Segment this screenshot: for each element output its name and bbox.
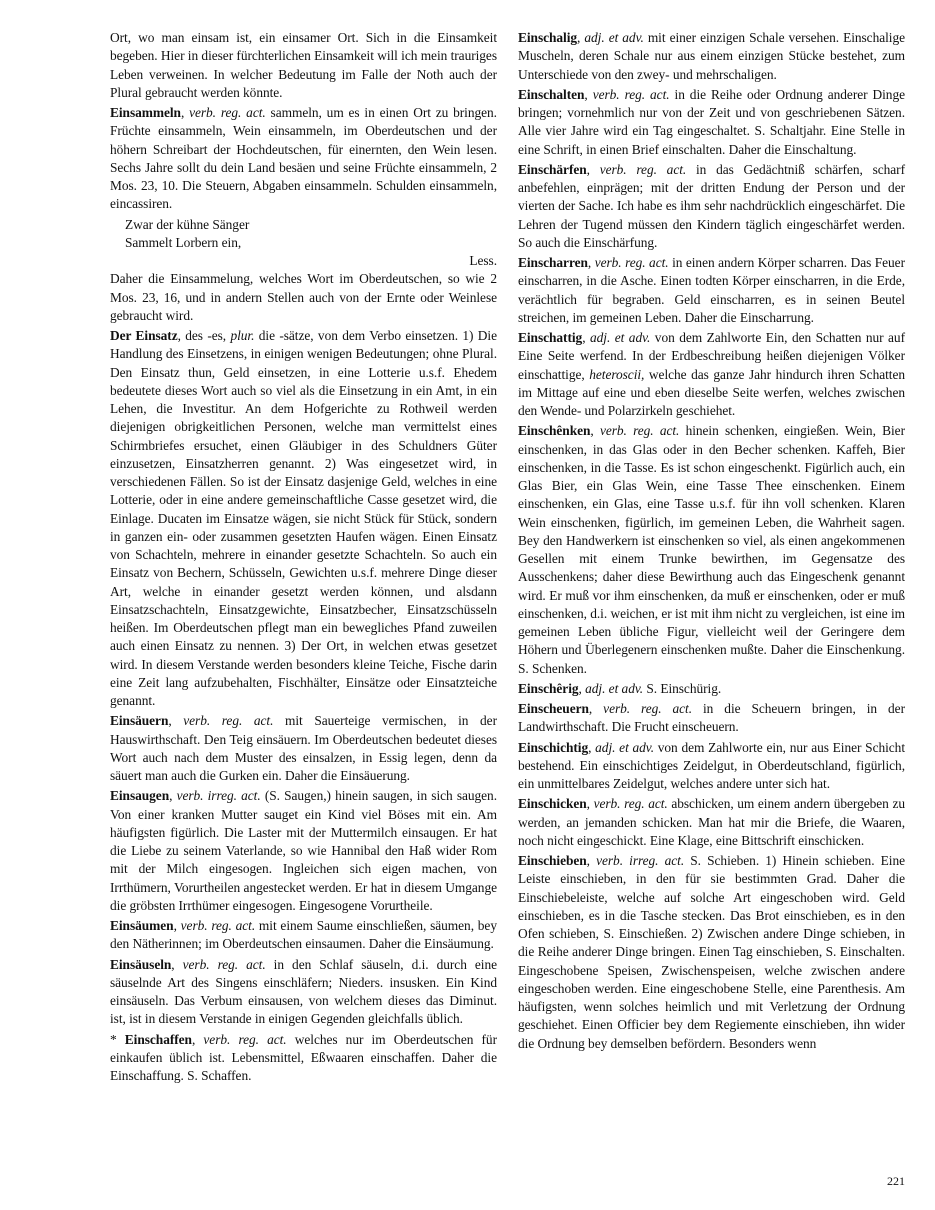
entry-einsammeln: Einsammeln, verb. reg. act. sammeln, um …: [110, 104, 497, 214]
right-column: Einschalig, adj. et adv. mit einer einzi…: [518, 29, 905, 1055]
headword: Einschicken: [518, 796, 587, 811]
grammar-label: verb. irreg. act.: [177, 788, 261, 803]
definition: mit Sauerteige vermischen, in der Hauswi…: [110, 713, 497, 783]
definition: (S. Saugen,) hinein saugen, in sich saug…: [110, 788, 497, 913]
dictionary-page: Ort, wo man einsam ist, ein einsamer Ort…: [0, 0, 935, 1210]
entry-einschenken: Einschênken, verb. reg. act. hinein sche…: [518, 422, 905, 678]
grammar-label: verb. reg. act.: [594, 796, 668, 811]
headword: Einschênken: [518, 423, 590, 438]
grammar-label: verb. reg. act.: [181, 918, 255, 933]
grammar-label: verb. reg. act.: [203, 1032, 286, 1047]
definition: S. Einschürig.: [643, 681, 721, 696]
entry-einschaffen: * Einschaffen, verb. reg. act. welches n…: [110, 1031, 497, 1086]
definition: S. Schieben. 1) Hinein schieben. Eine Le…: [518, 853, 905, 1051]
definition: hinein schenken, eingießen. Wein, Bier e…: [518, 423, 905, 675]
definition: sammeln, um es in einen Ort zu bringen. …: [110, 105, 497, 211]
grammar-label: verb. reg. act.: [183, 713, 273, 728]
headword: Einsäuseln: [110, 957, 171, 972]
grammar-label: verb. reg. act.: [603, 701, 692, 716]
entry-einschalten: Einschalten, verb. reg. act. in die Reih…: [518, 86, 905, 159]
headword: Einschattig: [518, 330, 582, 345]
headword: Einschalten: [518, 87, 584, 102]
entry-einsatz: Der Einsatz, des -es, plur. die -sätze, …: [110, 327, 497, 710]
latin-term: heteroscii,: [589, 367, 644, 382]
verse-line: Zwar der kühne Sänger: [110, 216, 497, 234]
grammar-label: adj. et adv.: [585, 681, 643, 696]
headword: Einschieben: [518, 853, 587, 868]
grammar-label: verb. irreg. act.: [596, 853, 684, 868]
entry-einschaerfen: Einschärfen, verb. reg. act. in das Gedä…: [518, 161, 905, 252]
entry-einsaeuseln: Einsäuseln, verb. reg. act. in den Schla…: [110, 956, 497, 1029]
headword: Einscheuern: [518, 701, 589, 716]
headword: Einsaugen: [110, 788, 169, 803]
entry-einschicken: Einschicken, verb. reg. act. abschicken,…: [518, 795, 905, 850]
entry-einsaeumen: Einsäumen, verb. reg. act. mit einem Sau…: [110, 917, 497, 954]
headword: Einschärfen: [518, 162, 587, 177]
entry-einscherig: Einschêrig, adj. et adv. S. Einschürig.: [518, 680, 905, 698]
entry-einscheuern: Einscheuern, verb. reg. act. in die Sche…: [518, 700, 905, 737]
headword: Einschalig: [518, 30, 577, 45]
verse-line: Sammelt Lorbern ein,: [110, 234, 497, 252]
grammar-label: adj. et adv.: [584, 30, 643, 45]
headword: Der Einsatz: [110, 328, 178, 343]
grammar-label: verb. reg. act.: [189, 105, 266, 120]
asterisk-mark: *: [110, 1032, 125, 1047]
entry-einscharren: Einscharren, verb. reg. act. in einen an…: [518, 254, 905, 327]
entry-einschichtig: Einschichtig, adj. et adv. von dem Zahlw…: [518, 739, 905, 794]
grammar-label: verb. reg. act.: [595, 255, 669, 270]
grammar-label: verb. reg. act.: [593, 87, 670, 102]
inflection: , des -es,: [178, 328, 231, 343]
entry-einsaugen: Einsaugen, verb. irreg. act. (S. Saugen,…: [110, 787, 497, 915]
grammar-label: adj. et adv.: [590, 330, 650, 345]
headword: Einsäuern: [110, 713, 168, 728]
grammar-label: adj. et adv.: [595, 740, 654, 755]
grammar-label: plur.: [230, 328, 254, 343]
left-column: Ort, wo man einsam ist, ein einsamer Ort…: [110, 29, 497, 1087]
grammar-label: verb. reg. act.: [183, 957, 266, 972]
definition-continued: Daher die Einsammelung, welches Wort im …: [110, 270, 497, 325]
grammar-label: verb. reg. act.: [600, 423, 679, 438]
headword: Einsammeln: [110, 105, 181, 120]
grammar-label: verb. reg. act.: [600, 162, 686, 177]
definition: die -sätze, von dem Verbo einsetzen. 1) …: [110, 328, 497, 708]
verse-attribution: Less.: [110, 252, 497, 270]
entry-einsaeuern: Einsäuern, verb. reg. act. mit Sauerteig…: [110, 712, 497, 785]
headword: Einschaffen: [125, 1032, 192, 1047]
entry-einschalig: Einschalig, adj. et adv. mit einer einzi…: [518, 29, 905, 84]
headword: Einscharren: [518, 255, 588, 270]
entry-einschieben: Einschieben, verb. irreg. act. S. Schieb…: [518, 852, 905, 1053]
definition: mit einer einzigen Schale versehen. Eins…: [518, 30, 905, 82]
page-number: 221: [887, 1174, 905, 1189]
headword: Einschêrig: [518, 681, 579, 696]
entry-continuation: Ort, wo man einsam ist, ein einsamer Ort…: [110, 29, 497, 102]
entry-einschattig: Einschattig, adj. et adv. von dem Zahlwo…: [518, 329, 905, 420]
headword: Einsäumen: [110, 918, 174, 933]
headword: Einschichtig: [518, 740, 588, 755]
